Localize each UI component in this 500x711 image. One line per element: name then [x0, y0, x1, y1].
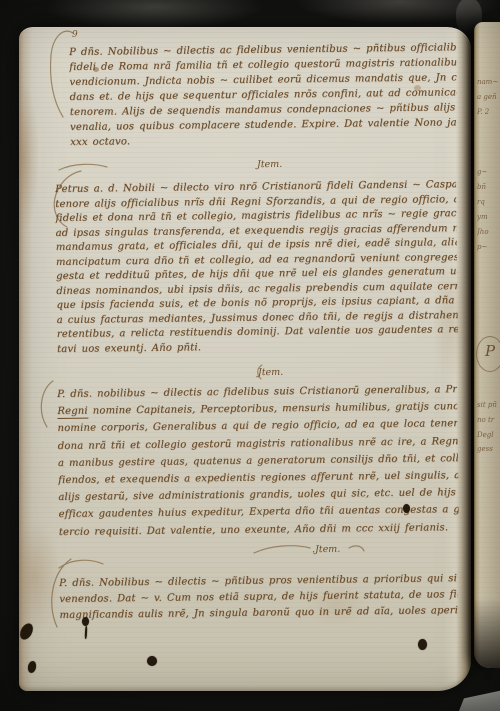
manuscript-page: 9 P dñs. Nobilibus ~ dilectis ac fidelib…	[19, 27, 471, 691]
facing-text-fragment: no tr	[477, 416, 500, 424]
text-fragment: a manibus gestire quas, quatenus a gener…	[58, 452, 458, 468]
foxing-stain	[19, 519, 61, 635]
facing-text-fragment: rq	[477, 198, 500, 206]
facing-text-fragment: ym	[477, 213, 500, 221]
underlined-word: Regni	[57, 406, 88, 419]
paragraph-4: P. dñs. Nobilibus ~ dilectis ~ pñtibus p…	[59, 571, 458, 624]
facing-text-fragment: p~	[477, 243, 500, 251]
initial-letter: P	[485, 342, 495, 360]
ink-blot	[82, 617, 89, 626]
facing-page-edge: nam~ a geñ P. 2 g~ bñ rq ym Jho p~ P sit…	[474, 22, 500, 668]
photo-background: 9 P dñs. Nobilibus ~ dilectis ac fidelib…	[0, 0, 500, 711]
facing-text-fragment: sit pñ	[477, 401, 500, 409]
ink-blot	[27, 660, 37, 673]
gutter-shadow	[474, 598, 500, 668]
facing-text-fragment: a geñ	[477, 93, 500, 101]
facing-text-fragment: nam~	[477, 78, 500, 86]
facing-text-fragment: Degl	[477, 431, 500, 439]
paragraph-1: P dñs. Nobilibus ~ dilectis ac fidelibus…	[69, 40, 457, 150]
facing-text-fragment: gess	[477, 445, 500, 453]
ink-blot	[147, 656, 157, 666]
paragraph-2: Petrus a. d. Nobili ~ dilecto viro nrõ C…	[55, 178, 458, 357]
foxing-stain	[19, 82, 39, 232]
flourished-initial: P	[476, 330, 500, 376]
item-separator-3: .Jtem.	[312, 544, 340, 555]
ink-blot	[19, 621, 35, 641]
background-light-glow	[44, 0, 264, 30]
item-separator-2: Jtem.	[258, 367, 283, 378]
ink-drip	[85, 626, 88, 639]
background-light-glow	[295, 0, 500, 24]
item-separator-1: Jtem.	[257, 159, 282, 170]
facing-text-fragment: g~	[477, 168, 500, 176]
paragraph-3: P. dñs. nobilibus ~ dilectis ac fidelibu…	[57, 381, 459, 541]
under-sheet-corner	[459, 688, 500, 711]
ink-blot	[418, 639, 427, 650]
facing-text-fragment: bñ	[477, 183, 500, 191]
facing-text-fragment: P. 2	[477, 108, 500, 116]
siglum-mark: 9	[72, 30, 78, 40]
ink-blot	[403, 504, 410, 513]
facing-text-fragment: Jho	[477, 228, 500, 236]
